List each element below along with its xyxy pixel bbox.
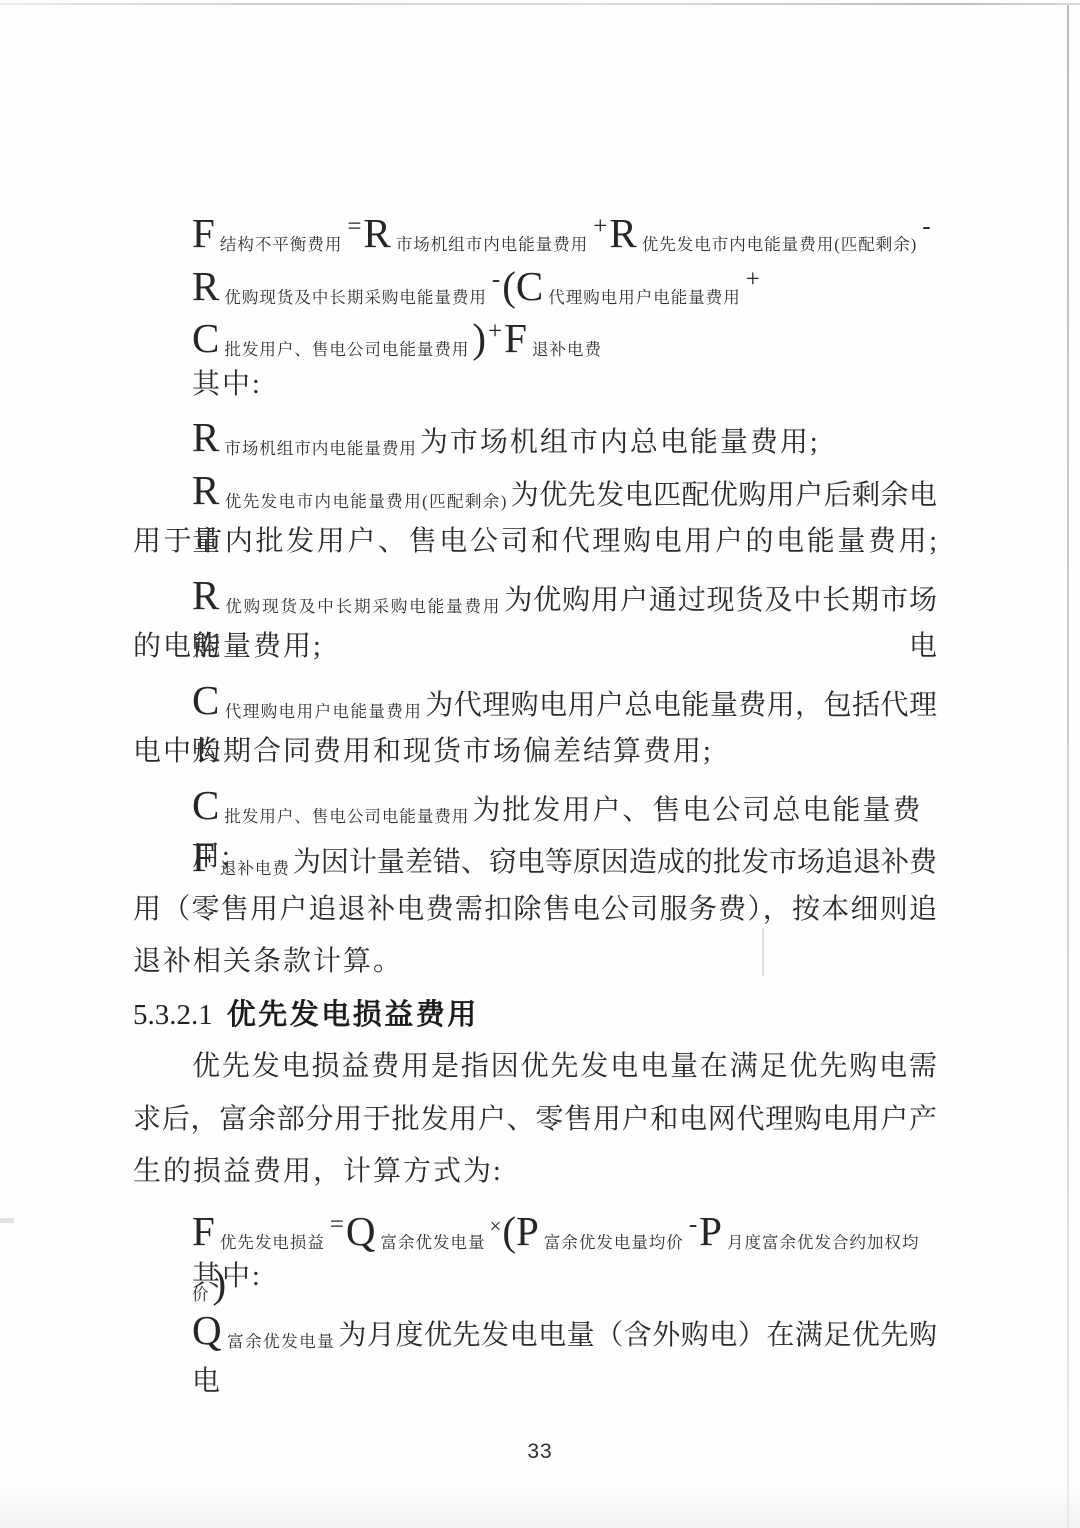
- formula-line: F结构不平衡费用=R市场机组市内电能量费用+R优先发电市内电能量费用(匹配剩余)…: [133, 207, 937, 260]
- body-line: 生的损益费用，计算方式为:: [133, 1152, 937, 1205]
- formula-paren: ): [472, 315, 486, 361]
- body-text: 为因计量差错、窃电等原因造成的批发市场追退补费: [293, 847, 937, 878]
- formula-subscript: 代理购电用户电能量费用: [548, 288, 741, 307]
- body-text: 用（零售用户追退补电费需扣除售电公司服务费），按本细则追: [133, 894, 937, 925]
- body-text: 求后，富余部分用于批发用户、零售用户和电网代理购电用户产: [133, 1104, 937, 1135]
- body-text: 的电能量费用;: [133, 631, 323, 662]
- formula-line: C批发用户、售电公司电能量费用为批发用户、售电公司总电能量费用;: [133, 785, 937, 838]
- formula-operator: +: [746, 266, 760, 293]
- formula-operator: -: [922, 213, 930, 240]
- formula-operator: +: [593, 213, 607, 240]
- body-text: 其中:: [192, 1261, 262, 1292]
- formula-line: C代理购电用户电能量费用为代理购电用户总电能量费用，包括代理购: [133, 680, 937, 733]
- formula-subscript: 富余优发电量均价: [544, 1233, 684, 1252]
- formula-subscript: 批发用户、售电公司电能量费用: [224, 340, 469, 359]
- formula-subscript: 优先发电损益: [220, 1233, 325, 1252]
- formula-variable: R: [192, 467, 219, 513]
- scan-edge-top-line: [0, 3, 1080, 5]
- formula-subscript: 市场机组市内电能量费用: [396, 235, 589, 254]
- formula-paren: (: [502, 263, 516, 309]
- formula-subscript: 退补电费: [532, 340, 602, 359]
- formula-line: R优先发电市内电能量费用(匹配剩余)为优先发电匹配优购用户后剩余电量: [133, 470, 937, 523]
- formula-subscript: 批发用户、售电公司电能量费用: [224, 807, 469, 826]
- body-line: 退补相关条款计算。: [133, 942, 937, 995]
- formula-variable: R: [192, 414, 219, 460]
- formula-line: Q富余优发电量为月度优先发电电量（含外购电）在满足优先购电: [133, 1310, 937, 1363]
- scan-edge-right-line: [1067, 5, 1069, 1528]
- body-line: 用（零售用户追退补电费需扣除售电公司服务费），按本细则追: [133, 890, 937, 943]
- formula-subscript: 优先发电市内电能量费用(匹配剩余): [642, 235, 918, 254]
- formula-subscript: 代理购电用户电能量费用: [224, 702, 422, 721]
- formula-variable: P: [699, 1208, 722, 1254]
- formula-variable: Q: [346, 1208, 376, 1254]
- heading-number: 5.3.2.1: [133, 999, 213, 1031]
- body-line: 求后，富余部分用于批发用户、零售用户和电网代理购电用户产: [133, 1100, 937, 1153]
- formula-operator: =: [330, 1211, 344, 1238]
- body-text: 其中:: [192, 369, 262, 400]
- formula-variable: R: [609, 210, 636, 256]
- scan-smudge: [0, 1486, 1080, 1528]
- formula-variable: C: [192, 677, 219, 723]
- body-line: 其中:: [133, 1257, 937, 1310]
- formula-variable: R: [192, 572, 219, 618]
- body-text: 退补相关条款计算。: [133, 946, 403, 977]
- body-text: 为市场机组市内总电能量费用;: [420, 427, 820, 458]
- formula-line: R优购现货及中长期采购电能量费用为优购用户通过现货及中长期市场购电: [133, 575, 937, 628]
- heading-title: 优先发电损益费用: [227, 999, 479, 1031]
- formula-line: F优先发电损益=Q富余优发电量×(P富余优发电量均价-P月度富余优发合约加权均价…: [133, 1205, 937, 1258]
- formula-variable: P: [516, 1208, 539, 1254]
- body-text: 生的损益费用，计算方式为:: [133, 1156, 503, 1187]
- formula-variable: Q: [192, 1307, 222, 1353]
- formula-variable: F: [192, 834, 215, 880]
- formula-variable: C: [516, 263, 543, 309]
- body-line: 优先发电损益费用是指因优先发电电量在满足优先购电需: [133, 1047, 937, 1100]
- formula-line: C批发用户、售电公司电能量费用)+F退补电费: [133, 312, 937, 365]
- heading-line: 5.3.2.1优先发电损益费用: [133, 995, 937, 1048]
- formula-subscript: 富余优发电量: [227, 1332, 336, 1351]
- formula-variable: C: [192, 782, 219, 828]
- formula-operator: -: [492, 266, 500, 293]
- document-page: F结构不平衡费用=R市场机组市内电能量费用+R优先发电市内电能量费用(匹配剩余)…: [0, 0, 1080, 1528]
- body-line: 其中:: [133, 365, 937, 418]
- formula-variable: R: [363, 210, 390, 256]
- body-line: 电中长期合同费用和现货市场偏差结算费用;: [133, 732, 937, 785]
- formula-subscript: 优购现货及中长期采购电能量费用: [224, 288, 487, 307]
- formula-operator: =: [347, 213, 361, 240]
- formula-operator: ×: [490, 1214, 502, 1238]
- formula-paren: (: [502, 1208, 516, 1254]
- body-line: 用于市内批发用户、售电公司和代理购电用户的电能量费用;: [133, 522, 937, 575]
- formula-line: R市场机组市内电能量费用为市场机组市内总电能量费用;: [133, 417, 937, 470]
- body-text: 优先发电损益费用是指因优先发电电量在满足优先购电需: [192, 1051, 937, 1082]
- formula-variable: R: [192, 263, 219, 309]
- formula-subscript: 退补电费: [220, 859, 290, 878]
- formula-variable: C: [192, 315, 219, 361]
- scan-artifact: [0, 1218, 14, 1223]
- formula-variable: F: [504, 315, 527, 361]
- formula-subscript: 富余优发电量: [381, 1233, 486, 1252]
- formula-subscript: 优先发电市内电能量费用(匹配剩余): [224, 492, 507, 511]
- formula-line: R优购现货及中长期采购电能量费用-(C代理购电用户电能量费用+: [133, 260, 937, 313]
- formula-subscript: 优购现货及中长期采购电能量费用: [224, 597, 501, 616]
- formula-variable: F: [192, 210, 215, 256]
- formula-operator: +: [488, 318, 502, 345]
- formula-subscript: 结构不平衡费用: [220, 235, 343, 254]
- page-number: 33: [0, 1440, 1080, 1464]
- formula-operator: -: [689, 1211, 697, 1238]
- body-text: 用于市内批发用户、售电公司和代理购电用户的电能量费用;: [133, 526, 937, 557]
- page-content: F结构不平衡费用=R市场机组市内电能量费用+R优先发电市内电能量费用(匹配剩余)…: [133, 207, 937, 1362]
- formula-variable: F: [192, 1208, 215, 1254]
- formula-subscript: 市场机组市内电能量费用: [224, 439, 417, 458]
- formula-line: F退补电费为因计量差错、窃电等原因造成的批发市场追退补费: [133, 837, 937, 890]
- body-text: 电中长期合同费用和现货市场偏差结算费用;: [133, 736, 713, 767]
